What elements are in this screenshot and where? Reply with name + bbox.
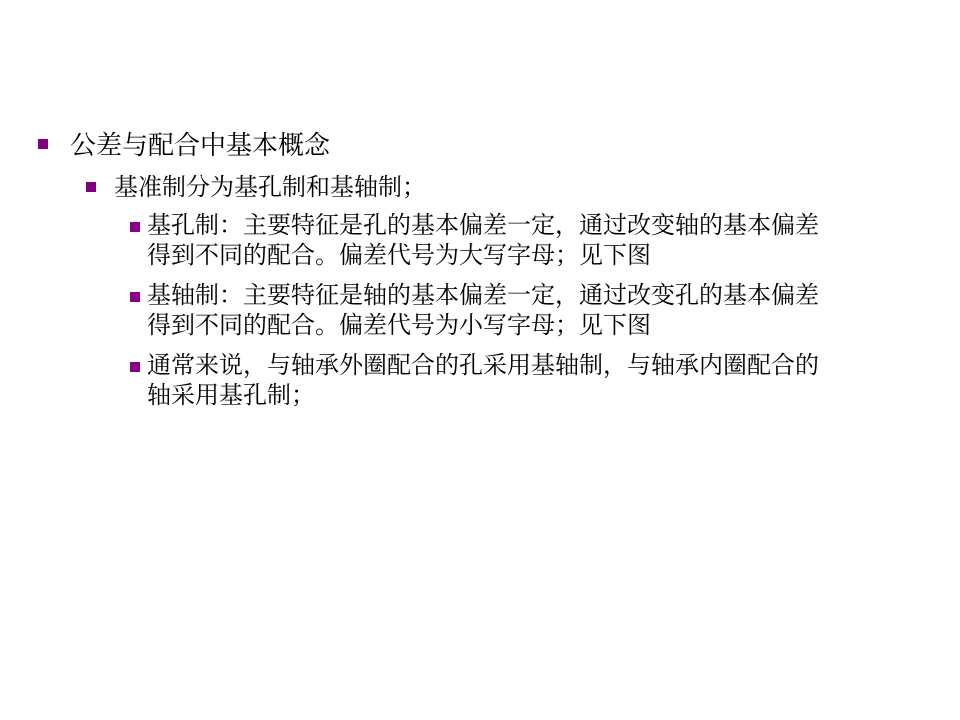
text-line: 得到不同的配合。偏差代号为大写字母；见下图: [147, 241, 819, 271]
square-bullet-icon: [38, 139, 48, 149]
text-line: 基孔制：主要特征是孔的基本偏差一定，通过改变轴的基本偏差: [147, 211, 819, 241]
slide-canvas: 公差与配合中基本概念 基准制分为基孔制和基轴制； 基孔制：主要特征是孔的基本偏差…: [0, 0, 960, 720]
list-item-level3-shaft-basis: 基轴制：主要特征是轴的基本偏差一定，通过改变孔的基本偏差 得到不同的配合。偏差代…: [130, 281, 819, 341]
bullet-list: 公差与配合中基本概念 基准制分为基孔制和基轴制； 基孔制：主要特征是孔的基本偏差…: [0, 129, 819, 421]
text-line: 轴采用基孔制；: [147, 381, 819, 411]
text-line: 基轴制：主要特征是轴的基本偏差一定，通过改变孔的基本偏差: [147, 281, 819, 311]
square-bullet-icon: [86, 182, 96, 192]
text-line: 通常来说，与轴承外圈配合的孔采用基轴制，与轴承内圈配合的: [147, 351, 819, 381]
level3-text-block: 通常来说，与轴承外圈配合的孔采用基轴制，与轴承内圈配合的 轴采用基孔制；: [147, 351, 819, 411]
list-item-level2: 基准制分为基孔制和基轴制；: [86, 171, 819, 205]
list-item-level3-bearing-note: 通常来说，与轴承外圈配合的孔采用基轴制，与轴承内圈配合的 轴采用基孔制；: [130, 351, 819, 411]
square-bullet-icon: [130, 292, 140, 302]
level2-text: 基准制分为基孔制和基轴制；: [114, 171, 426, 205]
level3-text-block: 基轴制：主要特征是轴的基本偏差一定，通过改变孔的基本偏差 得到不同的配合。偏差代…: [147, 281, 819, 341]
list-item-level1: 公差与配合中基本概念: [38, 129, 819, 163]
square-bullet-icon: [130, 222, 140, 232]
level1-text: 公差与配合中基本概念: [70, 129, 330, 163]
square-bullet-icon: [130, 362, 140, 372]
list-item-level3-hole-basis: 基孔制：主要特征是孔的基本偏差一定，通过改变轴的基本偏差 得到不同的配合。偏差代…: [130, 211, 819, 271]
text-line: 得到不同的配合。偏差代号为小写字母；见下图: [147, 311, 819, 341]
level3-text-block: 基孔制：主要特征是孔的基本偏差一定，通过改变轴的基本偏差 得到不同的配合。偏差代…: [147, 211, 819, 271]
